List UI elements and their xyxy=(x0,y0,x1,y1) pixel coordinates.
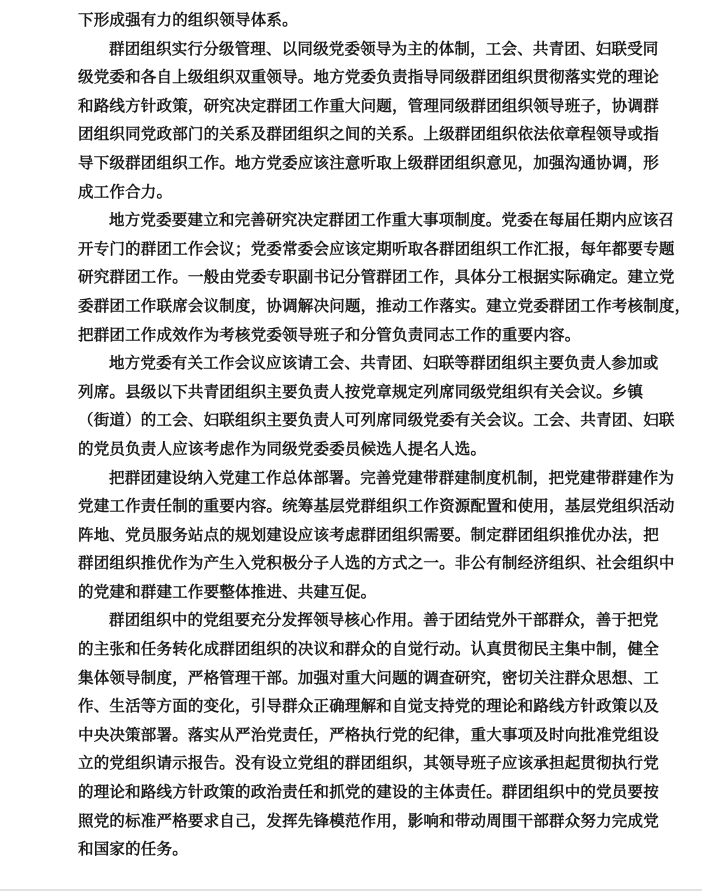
text-line: 阵地、党员服务站点的规划建设应该考虑群团组织需要。制定群团组织推优办法，把 xyxy=(78,521,638,550)
text-line: 的主张和任务转化成群团组织的决议和群众的自觉行动。认真贯彻民主集中制，健全 xyxy=(78,635,638,664)
text-line: 中央决策部署。落实从严治党责任，严格执行党的纪律，重大事项及时向批准党组设 xyxy=(78,721,638,750)
text-line: 地方党委有关工作会议应该请工会、共青团、妇联等群团组织主要负责人参加或 xyxy=(78,349,638,378)
text-line: 的党员负责人应该考虑作为同级党委委员候选人提名人选。 xyxy=(78,435,638,464)
text-line: 群团组织推优作为产生入党积极分子人选的方式之一。非公有制经济组织、社会组织中 xyxy=(78,549,638,578)
paragraph-4: 地方党委有关工作会议应该请工会、共青团、妇联等群团组织主要负责人参加或 列席。县… xyxy=(78,349,638,463)
document-body: 下形成强有力的组织领导体系。 群团组织实行分级管理、以同级党委领导为主的体制，工… xyxy=(78,6,638,864)
text-line: 下形成强有力的组织领导体系。 xyxy=(78,6,638,35)
text-line: 立的党组织请示报告。没有设立党组的群团组织，其领导班子应该承担起贯彻执行党 xyxy=(78,749,638,778)
paragraph-6: 群团组织中的党组要充分发挥领导核心作用。善于团结党外干部群众，善于把党 的主张和… xyxy=(78,606,638,863)
text-line: 把群团工作成效作为考核党委领导班子和分管负责同志工作的重要内容。 xyxy=(78,321,638,350)
text-line: 地方党委要建立和完善研究决定群团工作重大事项制度。党委在每届任期内应该召 xyxy=(78,206,638,235)
text-line: 研究群团工作。一般由党委专职副书记分管群团工作，具体分工根据实际确定。建立党 xyxy=(78,263,638,292)
text-line: 集体领导制度，严格管理干部。加强对重大问题的调查研究，密切关注群众思想、工 xyxy=(78,664,638,693)
text-line: 照党的标准严格要求自己，发挥先锋模范作用，影响和带动周围干部群众努力完成党 xyxy=(78,807,638,836)
text-line: 把群团建设纳入党建工作总体部署。完善党建带群建制度机制，把党建带群建作为 xyxy=(78,464,638,493)
text-line: 委群团工作联席会议制度，协调解决问题，推动工作落实。建立党委群团工作考核制度， xyxy=(78,292,638,321)
text-line: 的理论和路线方针政策的政治责任和抓党的建设的主体责任。群团组织中的党员要按 xyxy=(78,778,638,807)
text-line: 和国家的任务。 xyxy=(78,835,638,864)
text-line: 级党委和各自上级组织双重领导。地方党委负责指导同级群团组织贯彻落实党的理论 xyxy=(78,63,638,92)
text-line: 开专门的群团工作会议；党委常委会应该定期听取各群团组织工作汇报，每年都要专题 xyxy=(78,235,638,264)
text-line: 党建工作责任制的重要内容。统筹基层党群组织工作资源配置和使用，基层党组织活动 xyxy=(78,492,638,521)
text-line: 团组织同党政部门的关系及群团组织之间的关系。上级群团组织依法依章程领导或指 xyxy=(78,120,638,149)
paragraph-5: 把群团建设纳入党建工作总体部署。完善党建带群建制度机制，把党建带群建作为 党建工… xyxy=(78,464,638,607)
document-page: 下形成强有力的组织领导体系。 群团组织实行分级管理、以同级党委领导为主的体制，工… xyxy=(0,0,702,889)
text-line: 的党建和群建工作要整体推进、共建互促。 xyxy=(78,578,638,607)
text-line: （街道）的工会、妇联组织主要负责人可列席同级党委有关会议。工会、共青团、妇联 xyxy=(78,406,638,435)
text-line: 群团组织实行分级管理、以同级党委领导为主的体制，工会、共青团、妇联受同 xyxy=(78,35,638,64)
text-line: 作、生活等方面的变化，引导群众正确理解和自觉支持党的理论和路线方针政策以及 xyxy=(78,692,638,721)
text-line: 列席。县级以下共青团组织主要负责人按党章规定列席同级党组织有关会议。乡镇 xyxy=(78,378,638,407)
text-line: 群团组织中的党组要充分发挥领导核心作用。善于团结党外干部群众，善于把党 xyxy=(78,606,638,635)
text-line: 和路线方针政策，研究决定群团工作重大问题，管理同级群团组织领导班子，协调群 xyxy=(78,92,638,121)
paragraph-2: 群团组织实行分级管理、以同级党委领导为主的体制，工会、共青团、妇联受同 级党委和… xyxy=(78,35,638,207)
paragraph-3: 地方党委要建立和完善研究决定群团工作重大事项制度。党委在每届任期内应该召 开专门… xyxy=(78,206,638,349)
text-line: 成工作合力。 xyxy=(78,178,638,207)
paragraph-1: 下形成强有力的组织领导体系。 xyxy=(78,6,638,35)
text-line: 导下级群团组织工作。地方党委应该注意听取上级群团组织意见，加强沟通协调，形 xyxy=(78,149,638,178)
